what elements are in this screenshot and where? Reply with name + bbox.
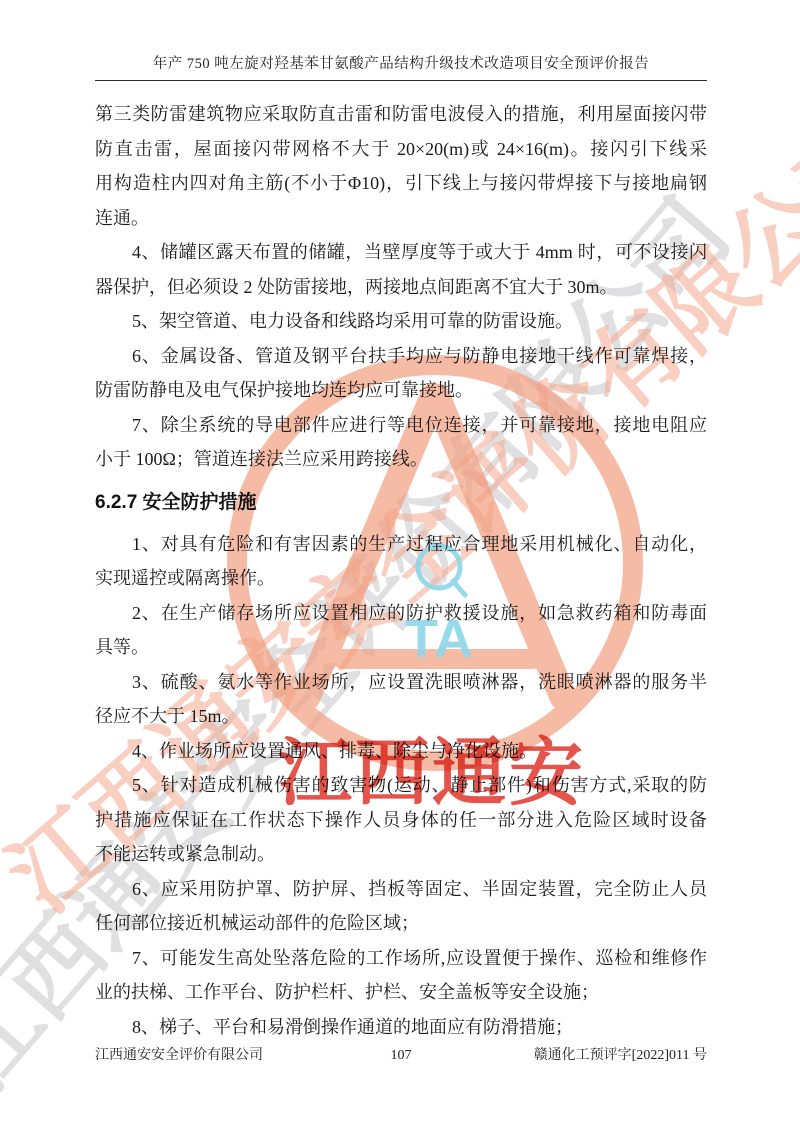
text-line: 6、应采用防护罩、防护屏、挡板等固定、半固定装置，完全防止人员 (95, 872, 707, 907)
text-line: 径应不大于 15m。 (95, 699, 707, 734)
text-line: 护措施应保证在工作状态下操作人员身体的任一部分进入危险区域时设备 (95, 803, 707, 838)
footer-page-number: 107 (391, 1048, 412, 1064)
text-line: 不能运转或紧急制动。 (95, 837, 707, 872)
text-line: 5、架空管道、电力设备和线路均采用可靠的防雷设施。 (95, 304, 707, 339)
text-line: 5、针对造成机械伤害的致害物(运动、静止部件)和伤害方式,采取的防 (95, 768, 707, 803)
text-line: 4、作业场所应设置通风、排毒、除尘与净化设施。 (95, 734, 707, 769)
text-line: 具等。 (95, 630, 707, 665)
text-line: 用构造柱内四对角主筋(不小于Φ10)，引下线上与接闪带焊接下与接地扁钢 (95, 166, 707, 201)
text-line: 7、可能发生高处坠落危险的工作场所,应设置便于操作、巡检和维修作 (95, 941, 707, 976)
section-safety-protection-measures: 1、对具有危险和有害因素的生产过程应合理地采用机械化、自动化，实现遥控或隔离操作… (95, 527, 707, 1045)
text-line: 实现遥控或隔离操作。 (95, 561, 707, 596)
text-line: 器保护，但必须设 2 处防雷接地，两接地点间距离不宜大于 30m。 (95, 270, 707, 305)
page-footer: 江西通安安全评价有限公司 107 赣通化工预评字[2022]011 号 (95, 1044, 707, 1064)
text-line: 防雷防静电及电气保护接地均连均应可靠接地。 (95, 373, 707, 408)
text-line: 8、梯子、平台和易滑倒操作通道的地面应有防滑措施； (95, 1010, 707, 1045)
text-line: 防直击雷，屋面接闪带网格不大于 20×20(m)或 24×16(m)。接闪引下线… (95, 132, 707, 167)
text-line: 连通。 (95, 201, 707, 236)
section-lightning-protection: 第三类防雷建筑物应采取防直击雷和防雷电波侵入的措施，利用屋面接闪带防直击雷，屋面… (95, 97, 707, 477)
document-page: 江西通安安全评价有限公司 江西通安安全评价有限公司 TA 江西通安 年产 750… (0, 0, 800, 1131)
text-line: 3、硫酸、氨水等作业场所，应设置洗眼喷淋器，洗眼喷淋器的服务半 (95, 665, 707, 700)
text-line: 7、除尘系统的导电部件应进行等电位连接，并可靠接地，接地电阻应 (95, 408, 707, 443)
footer-company-name: 江西通安安全评价有限公司 (95, 1044, 391, 1064)
footer-document-number: 赣通化工预评字[2022]011 号 (412, 1044, 708, 1064)
section-heading-6-2-7: 6.2.7 安全防护措施 (95, 485, 707, 521)
text-line: 4、储罐区露天布置的储罐，当壁厚度等于或大于 4mm 时，可不设接闪 (95, 235, 707, 270)
text-line: 6、金属设备、管道及钢平台扶手均应与防静电接地干线作可靠焊接， (95, 339, 707, 374)
text-line: 1、对具有危险和有害因素的生产过程应合理地采用机械化、自动化， (95, 527, 707, 562)
text-line: 任何部位接近机械运动部件的危险区域； (95, 906, 707, 941)
page-header-title: 年产 750 吨左旋对羟基苯甘氨酸产品结构升级技术改造项目安全预评价报告 (95, 52, 707, 81)
text-line: 小于 100Ω；管道连接法兰应采用跨接线。 (95, 442, 707, 477)
document-body: 第三类防雷建筑物应采取防直击雷和防雷电波侵入的措施，利用屋面接闪带防直击雷，屋面… (95, 97, 707, 1044)
text-line: 2、在生产储存场所应设置相应的防护救援设施，如急救药箱和防毒面 (95, 596, 707, 631)
text-line: 第三类防雷建筑物应采取防直击雷和防雷电波侵入的措施，利用屋面接闪带 (95, 97, 707, 132)
text-line: 业的扶梯、工作平台、防护栏杆、护栏、安全盖板等安全设施； (95, 975, 707, 1010)
